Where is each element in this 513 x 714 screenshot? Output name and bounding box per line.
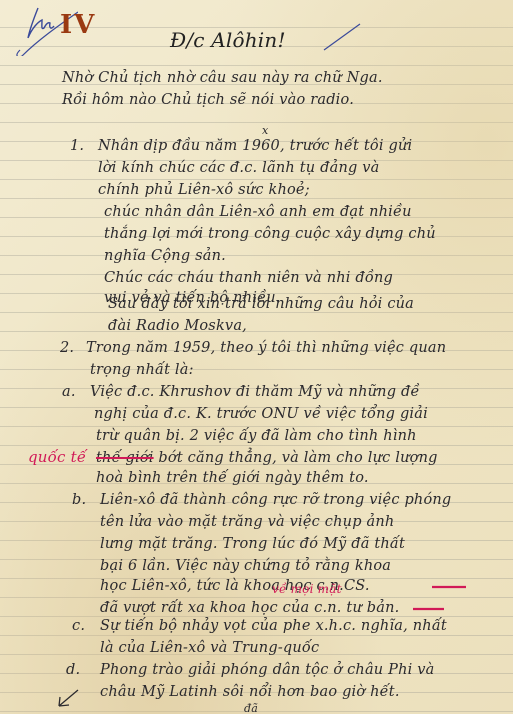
item-c-line: là của Liên-xô và Trung-quốc [100,640,319,656]
item-d-label: d. [66,662,80,678]
red-strike-overlay [0,0,513,714]
arrow-down-left-icon [56,688,80,708]
insertion-ve-moi-mat: về mọi mặt [272,582,342,596]
item-d-line: châu Mỹ Latinh sôi nổi hơn bao giờ hết. [100,684,400,700]
item-c-label: c. [72,618,85,634]
insertion-da: đã [244,702,258,714]
item-d-line: Phong trào giải phóng dân tộc ở châu Phi… [100,662,435,678]
item-c-line: Sự tiến bộ nhảy vọt của phe x.h.c. nghĩa… [100,618,447,634]
letter-page: IV Đ/c Alôhin! Nhờ Chủ tịch nhờ câu sau … [0,0,513,714]
